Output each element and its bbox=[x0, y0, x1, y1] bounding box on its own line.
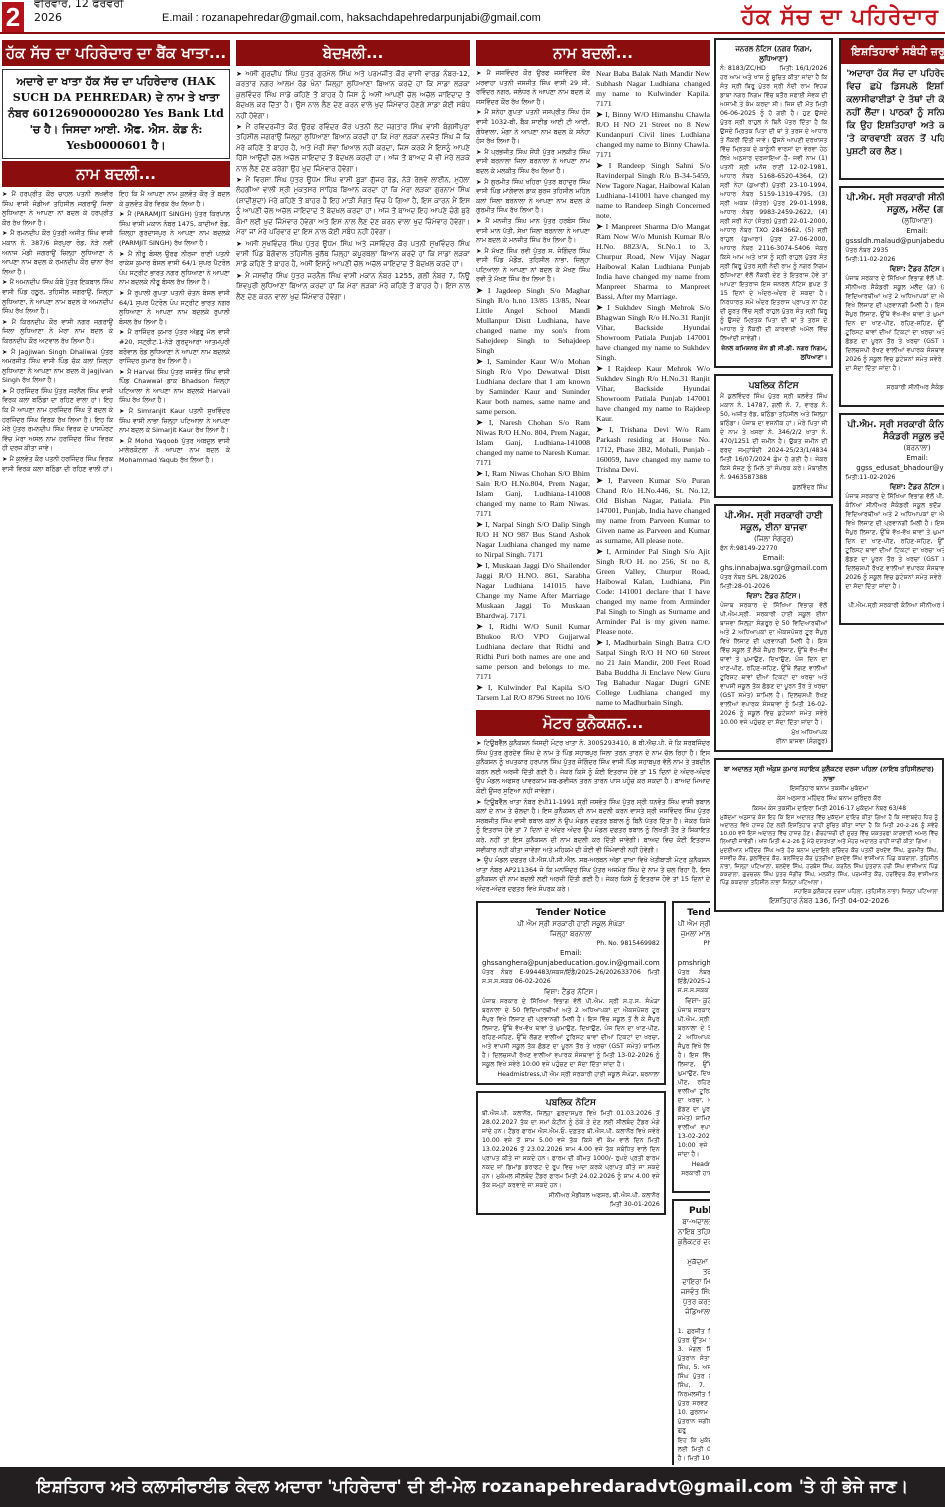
list-item-text: ਮੈਂ ਜਸਵੀਰ ਸਿੰਘ ਪੁੱਤਰ ਜਰਨੈਲ ਸਿੰਘ ਵਾਸੀ ਮਕਾ… bbox=[236, 272, 470, 301]
arrow-bullet-icon: ➤ bbox=[119, 250, 128, 258]
tender-sign: Headmistress, ਪੀ ਐਮ ਸ੍ਰੀ ਸਰਕਾਰੀ ਹਾਈ ਸਕੂਲ… bbox=[678, 1160, 710, 1187]
tender-email[interactable]: ghs.innabajwa.sgr@gmail.com bbox=[720, 563, 827, 573]
list-item: ➤ ਮੈਂ ਰੁਪਾਲੀ ਗੁਪਤਾ ਪਤਨੀ ਚੇਤਨ ਬੰਸਲ ਵਾਸੀ 6… bbox=[119, 289, 230, 327]
list-item: ➤ I, Trishana Devi W/o Ram Parkash resid… bbox=[596, 425, 710, 475]
tender-email[interactable]: gsssldh.malaud@punjabeducation.gov.in bbox=[845, 236, 944, 246]
arrow-bullet-icon: ➤ bbox=[476, 520, 485, 529]
general-notice-mc-ludhiana: ਜਨਰਲ ਨੋਟਿਸ (ਨਗਰ ਨਿਗਮ, ਲੁਧਿਆਣਾ) ਨੰ: 8183/… bbox=[714, 38, 833, 368]
list-item: ➤ ਟਿਊਬਵੈੱਲ ਕੁਨੈਕਸ਼ਨ ਜਿਸਦੀ ਮੋਟਰ ਖਾਤਾ ਨੰ. … bbox=[476, 739, 710, 797]
arrow-bullet-icon: ➤ bbox=[476, 739, 484, 747]
arrow-bullet-icon: ➤ bbox=[2, 387, 10, 395]
list-item-text: ਮੈਂ ਹਰਜਿੰਦਰ ਸਿੰਘ ਪੁੱਤਰ ਜਰਨੈਲ ਸਿੰਘ ਵਾਸੀ ਵ… bbox=[2, 387, 113, 453]
list-item-text: I Rajdeep Kaur Mehrok W/o Sukhdev Singh … bbox=[596, 364, 710, 423]
tender-body: ਪੰਜਾਬ ਸਰਕਾਰ ਦੇ ਸਿੱਖਿਆ ਵਿਭਾਗ ਵੱਲੋਂ ਪੀ.ਐਮ.… bbox=[845, 492, 944, 591]
notice-ref: ਨੰ: 8183/ZC/HD bbox=[720, 64, 766, 73]
list-item-text: ਅਸੀਂ ਸੁਖਵਿੰਦਰ ਸਿੰਘ ਪੁੱਤਰ ਊਧਮ ਸਿੰਘ ਅਤੇ ਜਸ… bbox=[236, 240, 470, 269]
column-name-change-motor: ਨਾਮ ਬਦਲੀ... ➤ ਮੈਂ ਜਸਵਿੰਦਰ ਕੌਰ ਉਰਫ ਜਸਵਿੰਦ… bbox=[476, 38, 710, 1465]
court-sign: ਸਹਾਇਕ ਕੁਲੈਕਟਰ ਦਰਜਾ ਪਹਿਲਾ, (ਤਹਿਸੀਲ ਨਾਭਾ) … bbox=[720, 888, 938, 896]
arrow-bullet-icon: ➤ bbox=[596, 222, 606, 231]
tender-sign-1: ਪ੍ਰਿੰਸੀਪਲ bbox=[845, 374, 944, 383]
tender-phone: Ph. No. 9815469982 bbox=[482, 939, 660, 948]
list-item-text: ਮੈਂ ਹਰਪ੍ਰੀਤ ਕੌਰ ਚਾਹਲ ਪਤਨੀ ਲਖਵੀਰ ਸਿੰਘ ਵਾਸ… bbox=[2, 190, 113, 227]
court-header: ਬਾ ਅਦਾਲਤ ਸ੍ਰੀ ਅੰਕੁਸ਼ ਕੁਮਾਰ ਸਹਾਇਕ ਕੁਲੈਕਟਰ… bbox=[720, 764, 938, 784]
tender-title: Tender Notice bbox=[482, 907, 660, 919]
court-parties: ਮੁਦਈਆਨ ਮਹਿੰਦਰ ਸਿੰਘ ਅਤੇ ਹੋਰ ਬਨਾਮ ਮੁਦਾਇਲੇ … bbox=[720, 847, 938, 887]
arrow-bullet-icon: ➤ bbox=[476, 622, 489, 631]
list-item-text: I, Naresh Chohan S/o Ram Niwas R/O H.No.… bbox=[476, 418, 590, 467]
tender-phone: ਫੋਨ ਨੰ:98149-22770 bbox=[720, 544, 827, 553]
list-item: ➤ ਮੈਂ ਰਮਨਦੀਪ ਕੌਰ ਪੁੱਤਰੀ ਅਜੀਤ ਸਿੰਘ ਵਾਸੀ ਮ… bbox=[2, 229, 113, 277]
tender-district: (ਜਿਲਾ ਸੰਗਰੂਰ) bbox=[720, 534, 827, 544]
tender-sign-2: ਸਰਕਾਰੀ ਸੀਨੀਅਰ ਸੈਕੰਡਰੀ ਸਕੂਲ ਮਲੌਦ (ਗ) bbox=[845, 383, 944, 392]
list-item-text: I, Ridhi W/O Sunil Kumar Bhukoo R/O VPO … bbox=[476, 622, 590, 681]
tender-email[interactable]: ghssanghera@punjabeducation.gov.in@gmail… bbox=[482, 958, 660, 968]
tender-sign-2: ਈਨਾ ਬਾਜਵਾ (ਸੰਗਰੂਰ) bbox=[720, 737, 827, 746]
case-number: ਮੁਕੱਦਮਾ ਕੇਸ ਨੰਬਰ 62.63 ਤਕਸੀਮ ਨੋਟਿਸ bbox=[678, 1257, 710, 1277]
list-item-text: ਮੈਂ Mohd Yaqoob ਪੁੱਤਰ ਅਬਦੁਲ ਵਾਸੀ ਮਾਲੇਰਕੋ… bbox=[119, 437, 230, 464]
list-item-text: I Sukhdev Singh Mehrok S/o Bhagwan Singh… bbox=[596, 303, 710, 362]
tender-title: Tender Notice bbox=[678, 907, 710, 919]
advertisement-disclaimer: ਇਸ਼ਤਿਹਾਰਾਂ ਸਬੰਧੀ ਜ਼ਰੂਰੀ ਬੇਨਤੀ 'ਅਦਾਰਾ ਹੱਕ… bbox=[839, 38, 944, 180]
arrow-bullet-icon: ➤ bbox=[476, 561, 485, 570]
page-number: 2 bbox=[2, 2, 24, 32]
list-item: ➤ I Jagdeep Singh S/o Maghar Singh R/o h… bbox=[476, 286, 590, 356]
list-item-text: ਮੈਂ ਜਸਵਿੰਦਰ ਕੌਰ ਉਰਫ ਜਸਵਿੰਦਰ ਕੌਰ ਮਰਵਾਹਾ ਪ… bbox=[476, 69, 590, 106]
list-item: ➤ I Sukhdev Singh Mehrok S/o Bhagwan Sin… bbox=[596, 303, 710, 363]
tender-sign: Headmistress,ਪੀ ਐਮ ਸ੍ਰੀ ਸਰਕਾਰੀ ਹਾਈ ਸਕੂਲ … bbox=[482, 1070, 660, 1079]
tender-notice-jumla: Tender Notice ਪੀ ਐਮ ਸ੍ਰੀ ਸਰਕਾਰੀ ਹਾਈ ਸਕੂਲ… bbox=[672, 901, 710, 1193]
list-item: ➤ I, Saminder Kaur W/o Mohan Singh R/o V… bbox=[476, 357, 590, 417]
arrow-bullet-icon: ➤ bbox=[476, 178, 484, 186]
list-item-text: ਮੈਂ ਰੁਪਾਲੀ ਗੁਪਤਾ ਪਤਨੀ ਚੇਤਨ ਬੰਸਲ ਵਾਸੀ 64/… bbox=[119, 289, 230, 326]
arrow-bullet-icon: ➤ bbox=[236, 123, 246, 131]
contact-email[interactable]: E.mail : rozanapehredar@gmail.com, haksa… bbox=[162, 12, 741, 24]
list-item-text: ਮੈਂ ਰਵਿਦਰਜੀਤ ਕੌਰ ਉਰਫ ਰਵਿੰਦਰ ਕੌਰ ਪਤਨੀ ਲੇਟ… bbox=[236, 123, 470, 173]
list-item: ➤ ਮੈਂ ਗੁਰਮੀਤ ਸਿੰਘ ਖਹਿਰਾ ਪੁੱਤਰ ਬਹਾਦੁਰ ਸਿੰ… bbox=[476, 178, 590, 216]
tender-email-label: Email: bbox=[845, 453, 944, 463]
list-item: ➤ ਮੈਂ Harvel ਸਿੰਘ ਪੁੱਤਰ ਜਸਵੰਤ ਸਿੰਘ ਵਾਸੀ … bbox=[119, 368, 230, 406]
list-item-text: I, Muskaan Jaggi D/o Shailender Jaggi R/… bbox=[476, 561, 590, 620]
public-notice-date: ਮਿਤੀ 30-01-2026 bbox=[482, 1200, 660, 1209]
arrow-bullet-icon: ➤ bbox=[596, 364, 608, 373]
list-item-text: ਮੈਂ ਰਾਜਿੰਦਰ ਕੁਮਾਰ ਪੁੱਤਰ ਅੱਛਰੂ ਮੱਲ ਵਾਸੀ #… bbox=[119, 328, 230, 365]
list-item-text: ਮੈਂ (PARAMJIT SINGH) ਪੁੱਤਰ ਕਿਰਪਾਲ ਸਿੰਘ ਵ… bbox=[119, 210, 230, 247]
arrow-bullet-icon: ➤ bbox=[476, 217, 485, 225]
public-notice-sign: ਕੁਲਵਿੰਦਰ ਸਿੰਘ bbox=[720, 483, 827, 492]
list-item-text: ਮੈਂ ਅਮਨਦੀਪ ਸਿੰਘ ਕੰਬੋ ਪੁੱਤਰ ਇਕਬਾਲ ਸਿੰਘ ਵਾ… bbox=[2, 278, 113, 315]
list-item-text: ਟਿਊਬਵੈੱਲ ਖਾਤਾ ਨੰਬਰ ਏਪੀ11-1991 ਸ੍ਰੀ ਜਸਵੰਤ… bbox=[476, 798, 710, 854]
list-item-text: ਮੈਂ ਕਿਰਨਦੀਪ ਕੌਰ ਵਾਸੀ ਨਗਰ ਜਗਰਾਉਂ ਜਿਲਾ ਲੁਧ… bbox=[2, 318, 113, 345]
court-sub-1: ਇਸ਼ਤਿਹਾਰ ਬਨਾਮ ਤਕਸੀਮ ਮੁਕੱਦਮਾ bbox=[720, 784, 938, 794]
filing-date: ਦਾਇਰਾ ਮਿਤੀ: 18-07-2024 bbox=[678, 1277, 710, 1287]
list-item: ➤ ਅਸੀਂ ਸੁਖਵਿੰਦਰ ਸਿੰਘ ਪੁੱਤਰ ਊਧਮ ਸਿੰਘ ਅਤੇ … bbox=[236, 239, 470, 270]
disclaimer-heading: ਇਸ਼ਤਿਹਾਰਾਂ ਸਬੰਧੀ ਜ਼ਰੂਰੀ ਬੇਨਤੀ bbox=[841, 40, 944, 64]
arrow-bullet-icon: ➤ bbox=[476, 148, 484, 156]
list-item-text: I, Parveen Kumar S/o Puran Chand R/o H.N… bbox=[596, 476, 710, 545]
list-item: ➤ ਮੈਂ ਜਸਵਿੰਦਰ ਕੌਰ ਉਰਫ ਜਸਵਿੰਦਰ ਕੌਰ ਮਰਵਾਹਾ… bbox=[476, 69, 590, 107]
tender-date: ਮਿਤੀ:28-01-2026 bbox=[720, 582, 827, 591]
public-notice-title: ਪਬਲਿਕ ਨੋਟਿਸ bbox=[720, 380, 827, 392]
court-footer: ਇਸ਼ਤਿਹਾਰ ਨੰਬਰ 136, ਮਿਤੀ 04-02-2026 bbox=[720, 896, 938, 906]
list-item: ➤ ਮੈਂ (PARAMJIT SINGH) ਪੁੱਤਰ ਕਿਰਪਾਲ ਸਿੰਘ… bbox=[119, 210, 230, 248]
tender-sign-1: ਪ੍ਰਿੰਸੀਪਲ bbox=[845, 592, 944, 601]
tender-email-label: Email: bbox=[720, 553, 827, 563]
arrow-bullet-icon: ➤ bbox=[119, 368, 127, 376]
list-item-text: ਉਪ ਮੰਡਲ ਦਫਤਰ ਪੀ.ਐਸ.ਪੀ.ਸੀ.ਐਲ. ਸਬ-ਅਰਬਨ ਅੱਡ… bbox=[476, 856, 710, 893]
hearing-footer: ਇਹ ਕਿ ਮੁਕੱਦਮਾ ਉਕਤ ਦੀ ਸੁਣਵਾਈ ਲਈ ਮਿਤੀ 05-0… bbox=[678, 1436, 710, 1463]
arrow-bullet-icon: ➤ bbox=[2, 348, 11, 356]
tender-sign-3: (ਬਰਨਾਲਾ) bbox=[845, 610, 944, 619]
notice-date: ਮਿਤੀ: 16/1/2026 bbox=[780, 64, 828, 73]
public-notice-body: ਬੀ.ਐਸ.ਪੀ. ਕਲਾਨੌਰ, ਜਿਲ੍ਹਾ ਗੁਰਦਾਸਪੁਰ ਵਿਖੇ … bbox=[482, 1109, 660, 1190]
arrow-bullet-icon: ➤ bbox=[236, 70, 245, 78]
list-item-text: ਮੈਂ ਵਿਰਸਾ ਸਿੰਘ ਪੁੱਤਰ ਊਧਮ ਸਿੰਘ ਵਾਸੀ ਬੂੜਾ … bbox=[236, 176, 470, 236]
tender-body: ਪੰਜਾਬ ਸਰਕਾਰ ਦੇ ਸਿੱਖਿਆ ਵਿਭਾਗ ਵੱਲੋਂ ਪੀ.ਐਮ.… bbox=[845, 274, 944, 373]
list-item: ➤ ਮੈਂ ਰਵਿਦਰਜੀਤ ਕੌਰ ਉਰਫ ਰਵਿੰਦਰ ਕੌਰ ਪਤਨੀ ਲ… bbox=[236, 122, 470, 174]
defendants: 1. ਗੁਰਜੀਤ ਸਿੰਘ ਪੁੱਤਰ ਮਿਲਖਾ ਸਿੰਘ ਪੁੱਤਰ ਉੱ… bbox=[678, 1327, 710, 1435]
public-notice-title: ਪਬਲਿਕ ਨੋਟਿਸ bbox=[482, 1097, 660, 1109]
list-item: ➤ ਮੈਂ ਹਰਪ੍ਰੀਤ ਕੌਰ ਚਾਹਲ ਪਤਨੀ ਲਖਵੀਰ ਸਿੰਘ ਵ… bbox=[2, 190, 113, 228]
arrow-bullet-icon: ➤ bbox=[476, 683, 488, 692]
list-item: ➤ I, Madhurbain Singh Batra C/O Satpal S… bbox=[596, 638, 710, 708]
list-item-text: ਮੈਂ ਨੀਰੂ ਬੰਸਲ ਉਰਫ ਨੀਰਜਾ ਰਾਣੀ ਪਤਨੀ ਰਾਕੇਸ਼… bbox=[119, 250, 230, 287]
tender-subject: ਵਿਸ਼ਾ: ਟੈਂਡਰ ਨੋਟਿਸ। bbox=[845, 482, 944, 492]
tender-date: ਮਿਤੀ:11-02-2026 bbox=[845, 255, 944, 264]
list-item: ➤ ਅਸੀਂ ਗੁਰਦੀਪ ਸਿੰਘ ਪੁੱਤਰ ਗੁਰਮੇਲ ਸਿੰਘ ਅਤੇ… bbox=[236, 69, 470, 121]
list-item: ➤ I, Naresh Chohan S/o Ram Niwas R/O H.N… bbox=[476, 418, 590, 468]
tender-school: ਪੀ ਐਮ ਸ੍ਰੀ ਸਰਕਾਰੀ ਹਾਈ ਸਕੂਲ ਸੰਘੇੜਾ bbox=[482, 919, 660, 929]
bank-account-heading: ਹੱਕ ਸੱਚ ਦਾ ਪਹਿਰੇਦਾਰ ਦਾ ਬੈਂਕ ਖਾਤਾ... bbox=[2, 40, 230, 66]
masthead: 2 ਵੀਰਵਾਰ, 12 ਫਰਵਰੀ 2026 E.mail : rozanap… bbox=[0, 0, 945, 34]
list-item: ➤ ਮੈਂ ਜਸਵੀਰ ਸਿੰਘ ਪੁੱਤਰ ਜਰਨੈਲ ਸਿੰਘ ਵਾਸੀ ਮ… bbox=[236, 271, 470, 302]
list-item: ➤ I, Binny W/O Himanshu Chawla R/O H NO … bbox=[596, 110, 710, 160]
public-notice-sign: ਸੀਨੀਅਰ ਮੈਡੀਕਲ ਅਫਸਰ, ਬੀ.ਐਸ.ਪੀ. ਕਲਾਨੌਰ bbox=[482, 1191, 660, 1200]
column-notices: ਜਨਰਲ ਨੋਟਿਸ (ਨਗਰ ਨਿਗਮ, ਲੁਧਿਆਣਾ) ਨੰ: 8183/… bbox=[714, 38, 944, 1465]
list-item-text: I, Arminder Pal Singh S/o Ajit Singh R/O… bbox=[596, 547, 710, 636]
arrow-bullet-icon: ➤ bbox=[596, 161, 609, 170]
list-item: ➤ ਮੈਂ Simranjit Kaur ਪਤਨੀ ਸੁਖਵਿੰਦਰ ਸਿੰਘ … bbox=[119, 407, 230, 436]
name-change-heading: ਨਾਮ ਬਦਲੀ... bbox=[2, 161, 230, 187]
list-item: ➤ ਮੈਂ ਅਮਨਦੀਪ ਸਿੰਘ ਕੰਬੋ ਪੁੱਤਰ ਇਕਬਾਲ ਸਿੰਘ … bbox=[2, 278, 113, 316]
column-bank-and-name-change: ਹੱਕ ਸੱਚ ਦਾ ਪਹਿਰੇਦਾਰ ਦਾ ਬੈਂਕ ਖਾਤਾ... ਅਦਾਰ… bbox=[2, 38, 230, 1465]
list-item-text: ਮੈਂ Simranjit Kaur ਪਤਨੀ ਸੁਖਵਿੰਦਰ ਸਿੰਘ ਵਾ… bbox=[119, 407, 230, 434]
arrow-bullet-icon: ➤ bbox=[596, 638, 606, 647]
tender-notice-inna-bajwa: ਪੀ.ਐਮ. ਸ੍ਰੀ ਸਰਕਾਰੀ ਹਾਈ ਸਕੂਲ, ਈਨਾ ਬਾਜਵਾ (… bbox=[714, 504, 833, 752]
list-item: ➤ ਟਿਊਬਵੈੱਲ ਖਾਤਾ ਨੰਬਰ ਏਪੀ11-1991 ਸ੍ਰੀ ਜਸਵ… bbox=[476, 798, 710, 856]
issue-date: ਵੀਰਵਾਰ, 12 ਫਰਵਰੀ 2026 bbox=[34, 0, 144, 24]
list-item: ➤ I Randeep Singh Sahni S/o Ravinderpal … bbox=[596, 161, 710, 221]
arrow-bullet-icon: ➤ bbox=[596, 110, 605, 119]
arrow-bullet-icon: ➤ bbox=[119, 437, 128, 445]
list-item-text: I, Binny W/O Himanshu Chawla R/O H NO 21… bbox=[596, 110, 710, 159]
name-change-heading-2: ਨਾਮ ਬਦਲੀ... bbox=[476, 40, 710, 66]
arrow-bullet-icon: ➤ bbox=[236, 240, 246, 248]
list-item: ➤ ਮੈਂ ਸਨੇਹਾ ਗੁਪਤਾ ਪਤਨੀ ਜਸਪ੍ਰੀਤ ਸਿੰਘ ਹੰਸ … bbox=[476, 108, 590, 146]
tender-body: ਪੰਜਾਬ ਸਰਕਾਰ ਦੇ ਸਿੱਖਿਆ ਵਿਭਾਗ ਵੱਲੋਂ ਪੀ.ਐਮ.… bbox=[720, 601, 827, 727]
list-item: ➤ ਮੈਂ ਕਿਰਨਦੀਪ ਕੌਰ ਵਾਸੀ ਨਗਰ ਜਗਰਾਉਂ ਜਿਲਾ ਲ… bbox=[2, 318, 113, 347]
tender-subject: ਵਿਸ਼ਾ- ਕੁਟੇਸ਼ਨ ਟੈਂਡਰ ਨੋਟਿਸ। bbox=[678, 996, 710, 1006]
arrow-bullet-icon: ➤ bbox=[596, 425, 609, 434]
arrow-bullet-icon: ➤ bbox=[476, 798, 484, 806]
tender-email[interactable]: Email: pmshrighsjm@gmail.com bbox=[678, 948, 710, 968]
list-item: ➤ I, Ram Niwas Chohan S/O Bhim Sain R/O … bbox=[476, 469, 590, 519]
arrow-bullet-icon: ➤ bbox=[119, 210, 127, 218]
arrow-bullet-icon: ➤ bbox=[476, 286, 488, 295]
list-item: ➤ ਮੈਂ ਵਿਰਸਾ ਸਿੰਘ ਪੁੱਤਰ ਊਧਮ ਸਿੰਘ ਵਾਸੀ ਬੂੜ… bbox=[236, 175, 470, 237]
list-item: ➤ ਮੈਂ ਪ੍ਰਭਜੀਤ ਸਿੰਘ ਸੋਂਧੀ ਪੁੱਤਰ ਮਲਕੀਤ ਸਿੰ… bbox=[476, 148, 590, 177]
list-item: ➤ I, Parveen Kumar S/o Puran Chand R/o H… bbox=[596, 476, 710, 546]
tender-subject: ਵਿਸ਼ਾ: ਟੈਂਡਰ ਨੋਟਿਸ। bbox=[720, 591, 827, 601]
tender-notice-sanghera: Tender Notice ਪੀ ਐਮ ਸ੍ਰੀ ਸਰਕਾਰੀ ਹਾਈ ਸਕੂਲ… bbox=[476, 901, 666, 1085]
motor-connection-heading: ਮੋਟਰ ਕੁਨੈਕਸ਼ਨ... bbox=[476, 710, 710, 736]
list-item: ➤ I Rajdeep Kaur Mehrok W/o Sukhdev Sing… bbox=[596, 364, 710, 424]
tender-district: (ਲੁਧਿਆਣਾ) bbox=[845, 216, 944, 226]
plaintiff: ਜਸਵੰਤ ਸਿੰਘ ਪੁੱਤਰ ਕੁਲਵੰਤ ਸਿੰਘ ਪੁੱਤਰ ਕਰਤਾਰ… bbox=[678, 1287, 710, 1317]
tender-school: ਪੀ.ਐਮ. ਸ੍ਰੀ ਸਰਕਾਰੀ ਹਾਈ ਸਕੂਲ, ਈਨਾ ਬਾਜਵਾ bbox=[720, 510, 827, 534]
court-sub-2: ਕੇਸ ਅਨੁਸਾਰ ਮਹਿੰਦਰ ਸਿੰਘ ਬਨਾਮ ਸੁਰਿੰਦਰ ਕੌਰ bbox=[720, 794, 938, 804]
tender-sign-3: (ਲੁਧਿਆਣਾ) bbox=[845, 392, 944, 401]
tender-school: ਪੀ.ਐਮ. ਸ੍ਰੀ ਸਰਕਾਰੀ ਸੀਨੀਅਰ ਸੈਕੰਡਰੀ ਸਕੂਲ, … bbox=[845, 192, 944, 216]
list-item-text: ਮੈਂ ਪ੍ਰਭਜੀਤ ਸਿੰਘ ਸੋਂਧੀ ਪੁੱਤਰ ਮਲਕੀਤ ਸਿੰਘ … bbox=[476, 148, 590, 175]
list-item: ➤ I, Arminder Pal Singh S/o Ajit Singh R… bbox=[596, 547, 710, 637]
list-item: ➤ ਮੈਂ Mohd Yaqoob ਪੁੱਤਰ ਅਬਦੁਲ ਵਾਸੀ ਮਾਲੇਰ… bbox=[119, 437, 230, 466]
tender-school: ਪੀ.ਐਮ. ਸ੍ਰੀ ਸਰਕਾਰੀ ਕੰਨਿਆ ਸੀਨੀਅਰ ਸੈਕੰਡਰੀ … bbox=[845, 419, 944, 443]
tender-body: ਪੰਜਾਬ ਸਰਕਾਰ ਦੇ ਸਿੱਖਿਆ ਵਿਭਾਗ ਵੱਲੋਂ ਪੀ.ਐਮ.… bbox=[482, 997, 660, 1069]
list-item: ➤ I Manpreet Sharma D/o Mangat Ram Now W… bbox=[596, 222, 710, 302]
tender-sign-2: ਪੀ.ਐਮ.ਸ੍ਰੀ ਸਰਕਾਰੀ ਕੰਨਿਆ ਸੀਨੀਅਰ ਸੈਕੰਡਰੀ ਸ… bbox=[845, 601, 944, 610]
list-item-text: I, Ram Niwas Chohan S/O Bhim Sain R/O H.… bbox=[476, 469, 590, 518]
list-item-text: I Jagdeep Singh S/o Maghar Singh R/o h.n… bbox=[476, 286, 590, 355]
tender-subject: ਵਿਸ਼ਾ: ਟੈਂਡਰ ਨੋਟਿਸ। bbox=[482, 987, 660, 997]
public-notice-jandiala: Public Notice ਬਾ-ਅਦਾਲਤ ਸ੍ਰੀ ਵਿਨੋਦ ਕੁਮਾਰ … bbox=[672, 1199, 710, 1466]
name-change-list-mixed: ➤ ਮੈਂ ਜਸਵਿੰਦਰ ਕੌਰ ਉਰਫ ਜਸਵਿੰਦਰ ਕੌਰ ਮਰਵਾਹਾ… bbox=[476, 69, 710, 708]
list-item-text: ਟਿਊਬਵੈੱਲ ਕੁਨੈਕਸ਼ਨ ਜਿਸਦੀ ਮੋਟਰ ਖਾਤਾ ਨੰ. 30… bbox=[476, 739, 710, 795]
list-item: ➤ ਉਪ ਮੰਡਲ ਦਫਤਰ ਪੀ.ਐਸ.ਪੀ.ਸੀ.ਐਲ. ਸਬ-ਅਰਬਨ ਅ… bbox=[476, 856, 710, 894]
public-notice-body: ਮੈਂ ਕੁਲਵਿੰਦਰ ਸਿੰਘ ਪੁੱਤਰ ਸ੍ਰੀ ਬਲਵੰਤ ਸਿੰਘ … bbox=[720, 392, 827, 482]
list-item: ➤ ਮੈਂ Jagjiwan Singh Dhaliwal ਪੁੱਤਰ ਅਮਰਜ… bbox=[2, 348, 113, 386]
court-notice-nabha: ਬਾ ਅਦਾਲਤ ਸ੍ਰੀ ਅੰਕੁਸ਼ ਕੁਮਾਰ ਸਹਾਇਕ ਕੁਲੈਕਟਰ… bbox=[714, 758, 944, 912]
court-body: ਮੁਕੱਦਮਾ ਅਨੁਸਾਰ ਕੇਸ ਇਹ ਕਿ ਇਸ ਅਦਾਲਤ ਵਿੱਚ ਮ… bbox=[720, 814, 938, 846]
newspaper-logo: ਹੱਕ ਸੱਚ ਦਾ ਪਹਿਰੇਦਾਰ bbox=[741, 5, 939, 30]
list-item-text: I, Trishana Devi W/o Ram Parkash residin… bbox=[596, 425, 710, 474]
public-notice-kalanaur: ਪਬਲਿਕ ਨੋਟਿਸ ਬੀ.ਐਸ.ਪੀ. ਕਲਾਨੌਰ, ਜਿਲ੍ਹਾ ਗੁਰ… bbox=[476, 1091, 666, 1215]
list-item: ➤ ਮੈਂ ਮੱਖਣ ਸਿੰਘ ਰਵੀ ਪੁੱਤਰ ਸ. ਜੋਗਿੰਦਰ ਸਿੰ… bbox=[476, 247, 590, 285]
tender-body: ਪੰਜਾਬ ਸਰਕਾਰ ਦੇ ਸਿੱਖਿਆ ਵਿਭਾਗ ਵੱਲੋਂ ਪੀ.ਐਮ.… bbox=[678, 1006, 710, 1159]
list-item-text: ਅਸੀਂ ਗੁਰਦੀਪ ਸਿੰਘ ਪੁੱਤਰ ਗੁਰਮੇਲ ਸਿੰਘ ਅਤੇ ਪ… bbox=[236, 70, 470, 120]
tender-notice-bhadaur: ਪੀ.ਐਮ. ਸ੍ਰੀ ਸਰਕਾਰੀ ਕੰਨਿਆ ਸੀਨੀਅਰ ਸੈਕੰਡਰੀ … bbox=[839, 413, 944, 625]
tender-ref: ਪੱਤਰ ਨੰਬਰ E-994483/ਸਕਸ/ਇੰਡੈ/2025-26/2026… bbox=[678, 968, 710, 995]
tender-phone: Ph. No. 8146506509 bbox=[678, 939, 710, 948]
disclaimer-body: 'ਅਦਾਰਾ ਹੱਕ ਸੱਚ ਦਾ ਪਹਿਰੇਦਾਰ' ਅਖ਼ਬਾਰ ਵਿਚ ਛ… bbox=[846, 68, 944, 159]
motor-connection-list: ➤ ਟਿਊਬਵੈੱਲ ਕੁਨੈਕਸ਼ਨ ਜਿਸਦੀ ਮੋਟਰ ਖਾਤਾ ਨੰ. … bbox=[476, 739, 710, 895]
disownment-heading: ਬੇਦਖ਼ਲੀ... bbox=[236, 40, 470, 66]
list-item-text: ਮੈਂ Harvel ਸਿੰਘ ਪੁੱਤਰ ਜਸਵੰਤ ਸਿੰਘ ਵਾਸੀ ਪਿ… bbox=[119, 368, 230, 405]
tender-email[interactable]: ggss_edusat_bhadour@yahoo.com bbox=[845, 463, 944, 473]
list-item: ➤ ਮੈਂ ਹਰਜਿੰਦਰ ਸਿੰਘ ਪੁੱਤਰ ਜਰਨੈਲ ਸਿੰਘ ਵਾਸੀ… bbox=[2, 387, 113, 454]
tender-letter-no: ਪੱਤਰ ਨੰਬਰ SPL 28/2026 bbox=[720, 573, 827, 582]
disclaimer-sign: ਮੈਨੇਜਰ bbox=[846, 160, 944, 173]
arrow-bullet-icon: ➤ bbox=[236, 272, 245, 280]
tender-district: ਜਿਲ੍ਹਾ ਬਰਨਾਲਾ bbox=[482, 929, 660, 939]
tender-date: ਮਿਤੀ:11-02-2026 bbox=[845, 473, 944, 482]
tender-sign-1: ਮੁੱਖ ਅਧਿਆਪਕ bbox=[720, 728, 827, 737]
tender-subject: ਵਿਸ਼ਾ: ਟੈਂਡਰ ਨੋਟਿਸ। bbox=[845, 264, 944, 274]
tender-school: ਪੀ ਐਮ ਸ੍ਰੀ ਸਰਕਾਰੀ ਹਾਈ ਸਕੂਲ ਜੁਮਲਾ ਮਾਲਕਣ ਜ… bbox=[678, 919, 710, 939]
arrow-bullet-icon: ➤ bbox=[2, 190, 12, 198]
court-sub-3: ਕਿਸਮ ਕੇਸ ਤਕਸੀਮ ਦਾਇਰਾ ਮਿਤੀ 2016-17 ਮੁਕੱਦਮ… bbox=[720, 804, 938, 814]
versus: ਬਨਾਮ bbox=[678, 1317, 710, 1327]
list-item-text: I, Saminder Kaur W/o Mohan Singh R/o Vpo… bbox=[476, 357, 590, 416]
list-item: ➤ ਮੈਂ ਨੀਰੂ ਬੰਸਲ ਉਰਫ ਨੀਰਜਾ ਰਾਣੀ ਪਤਨੀ ਰਾਕੇ… bbox=[119, 250, 230, 288]
list-item-text: ਮੈਂ ਰਮਨਦੀਪ ਕੌਰ ਪੁੱਤਰੀ ਅਜੀਤ ਸਿੰਘ ਵਾਸੀ ਮਕਾ… bbox=[2, 229, 113, 275]
name-change-list: ➤ ਮੈਂ ਹਰਪ੍ਰੀਤ ਕੌਰ ਚਾਹਲ ਪਤਨੀ ਲਖਵੀਰ ਸਿੰਘ ਵ… bbox=[2, 190, 230, 474]
bank-account-details: ਅਦਾਰੇ ਦਾ ਖਾਤਾ ਹੱਕ ਸੱਚ ਦਾ ਪਹਿਰੇਦਾਰ (HAK S… bbox=[2, 69, 230, 159]
arrow-bullet-icon: ➤ bbox=[476, 469, 485, 478]
tender-district: (ਬਰਨਾਲਾ) bbox=[845, 443, 944, 453]
tender-notice-malaud: ਪੀ.ਐਮ. ਸ੍ਰੀ ਸਰਕਾਰੀ ਸੀਨੀਅਰ ਸੈਕੰਡਰੀ ਸਕੂਲ, … bbox=[839, 186, 944, 407]
disownment-list: ➤ ਅਸੀਂ ਗੁਰਦੀਪ ਸਿੰਘ ਪੁੱਤਰ ਗੁਰਮੇਲ ਸਿੰਘ ਅਤੇ… bbox=[236, 69, 470, 302]
arrow-bullet-icon: ➤ bbox=[2, 318, 12, 326]
arrow-bullet-icon: ➤ bbox=[596, 547, 606, 556]
list-item-text: I Manpreet Sharma D/o Mangat Ram Now W/o… bbox=[596, 222, 710, 301]
column-disownment: ਬੇਦਖ਼ਲੀ... ➤ ਅਸੀਂ ਗੁਰਦੀਪ ਸਿੰਘ ਪੁੱਤਰ ਗੁਰਮ… bbox=[236, 38, 470, 1465]
list-item-text: I, Madhurbain Singh Batra C/O Satpal Sin… bbox=[596, 638, 710, 707]
arrow-bullet-icon: ➤ bbox=[596, 476, 608, 485]
arrow-bullet-icon: ➤ bbox=[476, 418, 489, 427]
public-notice-title: Public Notice bbox=[678, 1205, 710, 1217]
footer-advertising-banner: ਇਸ਼ਤਿਹਾਰ ਅਤੇ ਕਲਾਸੀਫਾਈਡ ਕੇਵਲ ਅਦਾਰਾ 'ਪਹਿਰੇ… bbox=[0, 1467, 945, 1507]
list-item: ➤ ਮੈਂ ਮਨਜੀਤ ਸਿੰਘ ਮਾਨ ਪੁੱਤਰ ਹਰਬੰਸ ਸਿੰਘ ਵਾ… bbox=[476, 217, 590, 246]
list-item-text: ਮੈਂ Jagjiwan Singh Dhaliwal ਪੁੱਤਰ ਅਮਰਜੀਤ… bbox=[2, 348, 113, 385]
list-item: ➤ I, Narpal Singh S/O Dalip Singh R/O H … bbox=[476, 520, 590, 560]
list-item-text: ਮੈਂ ਮਨਜੀਤ ਸਿੰਘ ਮਾਨ ਪੁੱਤਰ ਹਰਬੰਸ ਸਿੰਘ ਵਾਸੀ… bbox=[476, 217, 590, 244]
list-item-text: I Randeep Singh Sahni S/o Ravinderpal Si… bbox=[596, 161, 710, 220]
notice-sign: ਜ਼ੋਨਲ ਕਮਿਸ਼ਨਰ ਜ਼ੋਨ ਡੀ ਸੀ.ਡੀ. ਨਗਰ ਨਿਗਮ, ਲ… bbox=[720, 344, 827, 362]
arrow-bullet-icon: ➤ bbox=[2, 229, 10, 237]
list-item-text: ਮੈਂ ਗੁਰਮੀਤ ਸਿੰਘ ਖਹਿਰਾ ਪੁੱਤਰ ਬਹਾਦੁਰ ਸਿੰਘ … bbox=[476, 178, 590, 215]
notice-body: ਹਰ ਆਮ ਅਤੇ ਖਾਸ ਨੂੰ ਸੂਚਿਤ ਕੀਤਾ ਜਾਂਦਾ ਹੈ ਕਿ… bbox=[720, 73, 827, 343]
arrow-bullet-icon: ➤ bbox=[596, 303, 607, 312]
tender-ref: ਪੱਤਰ ਨੰਬਰ E-994483/ਸਕਸ/ਇੰਡੈ/2025-26/2026… bbox=[482, 968, 660, 986]
arrow-bullet-icon: ➤ bbox=[476, 357, 487, 366]
arrow-bullet-icon: ➤ bbox=[476, 856, 484, 864]
arrow-bullet-icon: ➤ bbox=[2, 278, 10, 286]
list-item-text: I, Narpal Singh S/O Dalip Singh R/O H NO… bbox=[476, 520, 590, 559]
court-name: ਬਾ-ਅਦਾਲਤ ਸ੍ਰੀ ਵਿਨੋਦ ਕੁਮਾਰ ਨਾਇਬ ਤਹਿਸੀਲਦਾਰ… bbox=[678, 1217, 710, 1257]
arrow-bullet-icon: ➤ bbox=[2, 455, 10, 463]
list-item: ➤ ਮੈਂ ਰਾਜਿੰਦਰ ਕੁਮਾਰ ਪੁੱਤਰ ਅੱਛਰੂ ਮੱਲ ਵਾਸੀ… bbox=[119, 328, 230, 366]
list-item: ➤ I, Ridhi W/O Sunil Kumar Bhukoo R/O VP… bbox=[476, 622, 590, 682]
list-item-text: ਮੈਂ ਸਨੇਹਾ ਗੁਪਤਾ ਪਤਨੀ ਜਸਪ੍ਰੀਤ ਸਿੰਘ ਹੰਸ ਵਾ… bbox=[476, 108, 590, 145]
arrow-bullet-icon: ➤ bbox=[476, 69, 486, 77]
notice-header: ਜਨਰਲ ਨੋਟਿਸ (ਨਗਰ ਨਿਗਮ, ਲੁਧਿਆਣਾ) bbox=[720, 44, 827, 64]
tender-letter-no: ਪੱਤਰ ਨੰਬਰ 2935 bbox=[845, 246, 944, 255]
list-item: ➤ I, Muskaan Jaggi D/o Shailender Jaggi … bbox=[476, 561, 590, 621]
public-notice-bathinda: ਪਬਲਿਕ ਨੋਟਿਸ ਮੈਂ ਕੁਲਵਿੰਦਰ ਸਿੰਘ ਪੁੱਤਰ ਸ੍ਰੀ… bbox=[714, 374, 833, 498]
tender-email-label: Email: bbox=[845, 226, 944, 236]
tender-email-label: Email: bbox=[482, 948, 660, 958]
list-item-text: ਮੈਂ ਮੱਖਣ ਸਿੰਘ ਰਵੀ ਪੁੱਤਰ ਸ. ਜੋਗਿੰਦਰ ਸਿੰਘ … bbox=[476, 247, 590, 284]
arrow-bullet-icon: ➤ bbox=[119, 407, 129, 415]
